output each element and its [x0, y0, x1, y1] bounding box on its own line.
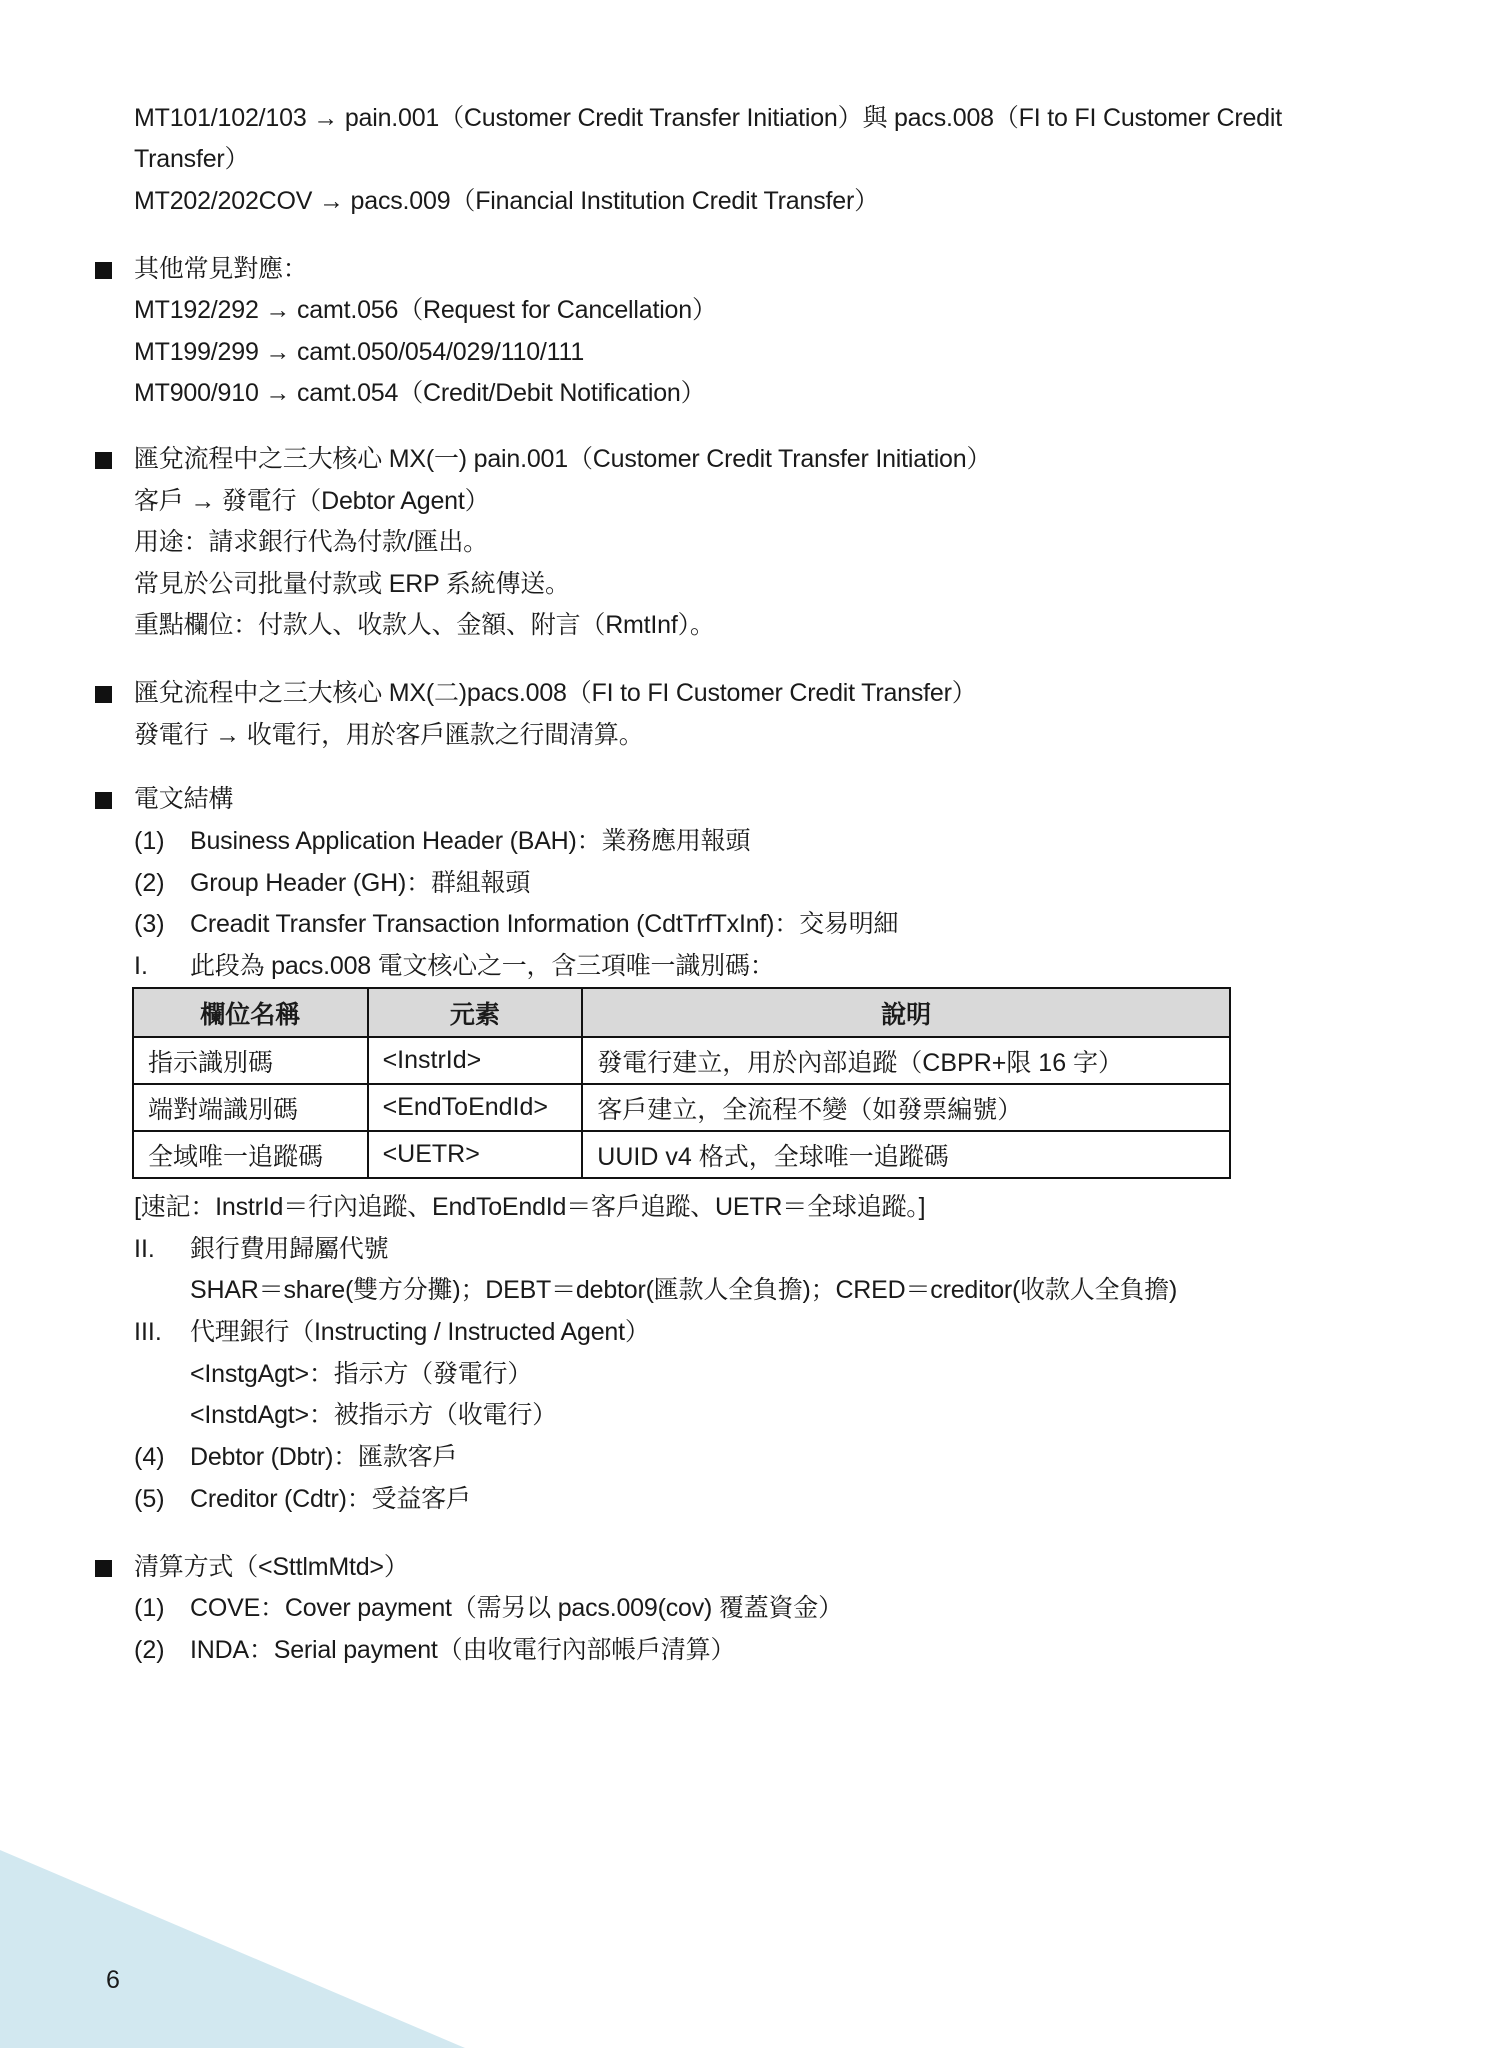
settlement-item-inda: INDA：Serial payment（由收電行內部帳戶清算）	[190, 1635, 735, 1665]
roman-numeral-i: I.	[134, 951, 148, 981]
mapping-line-mt101: MT101/102/103 → pain.001（Customer Credit…	[134, 103, 1282, 133]
section-title-other-mappings: 其他常見對應：	[134, 254, 308, 284]
header-description: 說明	[582, 988, 1230, 1037]
item-number: (2)	[134, 1635, 165, 1665]
identifier-table: 欄位名稱 元素 說明 指示識別碼 <InstrId> 發電行建立，用於內部追蹤（…	[132, 987, 1231, 1179]
structure-item-debtor: Debtor (Dbtr)：匯款客戶	[190, 1442, 457, 1472]
bullet-square-icon	[95, 452, 112, 469]
body-line: 常見於公司批量付款或 ERP 系統傳送。	[134, 569, 570, 599]
header-element: 元素	[368, 988, 583, 1037]
section-title-pain001: 匯兌流程中之三大核心 MX(一) pain.001（Customer Credi…	[134, 444, 991, 474]
settlement-item-cove: COVE：Cover payment（需另以 pacs.009(cov) 覆蓋資…	[190, 1593, 843, 1623]
cell-field-name: 指示識別碼	[133, 1037, 368, 1084]
item-number: (1)	[134, 1593, 165, 1623]
structure-item-bah: Business Application Header (BAH)：業務應用報頭	[190, 826, 750, 856]
bullet-square-icon	[95, 262, 112, 279]
cell-description: 客戶建立，全流程不變（如發票編號）	[582, 1084, 1230, 1131]
body-line: 重點欄位：付款人、收款人、金額、附言（RmtInf）。	[134, 610, 715, 640]
section-title-settlement-method: 清算方式（<SttlmMtd>）	[134, 1552, 409, 1582]
sub-iii-detail: <InstdAgt>：被指示方（收電行）	[190, 1400, 557, 1430]
item-number: (1)	[134, 826, 165, 856]
mapping-line: MT900/910 → camt.054（Credit/Debit Notifi…	[134, 378, 705, 408]
mapping-line-mt101-cont: Transfer）	[134, 144, 249, 174]
bullet-square-icon	[95, 1560, 112, 1577]
item-number: (5)	[134, 1484, 165, 1514]
sub-iii-title: 代理銀行（Instructing / Instructed Agent）	[190, 1317, 650, 1347]
roman-numeral-ii: II.	[134, 1234, 155, 1264]
body-line: 用途：請求銀行代為付款/匯出。	[134, 527, 488, 557]
cell-field-name: 全域唯一追蹤碼	[133, 1131, 368, 1178]
sub-ii-detail: SHAR＝share(雙方分攤)；DEBT＝debtor(匯款人全負擔)；CRE…	[190, 1275, 1177, 1305]
page-number: 6	[106, 1966, 120, 1995]
body-line: 發電行 → 收電行，用於客戶匯款之行間清算。	[134, 720, 644, 750]
cell-description: UUID v4 格式，全球唯一追蹤碼	[582, 1131, 1230, 1178]
cell-field-name: 端對端識別碼	[133, 1084, 368, 1131]
sub-ii-title: 銀行費用歸屬代號	[190, 1234, 388, 1264]
roman-numeral-iii: III.	[134, 1317, 162, 1347]
table-row: 端對端識別碼 <EndToEndId> 客戶建立，全流程不變（如發票編號）	[133, 1084, 1230, 1131]
section-title-message-structure: 電文結構	[134, 784, 233, 814]
cell-element: <InstrId>	[368, 1037, 583, 1084]
structure-item-creditor: Creditor (Cdtr)：受益客戶	[190, 1484, 471, 1514]
cell-element: <UETR>	[368, 1131, 583, 1178]
section-title-pacs008: 匯兌流程中之三大核心 MX(二)pacs.008（FI to FI Custom…	[134, 678, 977, 708]
item-number: (2)	[134, 868, 165, 898]
bullet-square-icon	[95, 686, 112, 703]
header-field-name: 欄位名稱	[133, 988, 368, 1037]
table-row: 全域唯一追蹤碼 <UETR> UUID v4 格式，全球唯一追蹤碼	[133, 1131, 1230, 1178]
mapping-line-mt202: MT202/202COV → pacs.009（Financial Instit…	[134, 186, 879, 216]
table-header-row: 欄位名稱 元素 說明	[133, 988, 1230, 1037]
item-number: (4)	[134, 1442, 165, 1472]
cell-element: <EndToEndId>	[368, 1084, 583, 1131]
body-line: 客戶 → 發電行（Debtor Agent）	[134, 486, 489, 516]
structure-item-cdttrftxinf: Creadit Transfer Transaction Information…	[190, 909, 898, 939]
bullet-square-icon	[95, 792, 112, 809]
mapping-line: MT199/299 → camt.050/054/029/110/111	[134, 337, 584, 367]
structure-item-gh: Group Header (GH)：群組報頭	[190, 868, 530, 898]
table-row: 指示識別碼 <InstrId> 發電行建立，用於內部追蹤（CBPR+限 16 字…	[133, 1037, 1230, 1084]
mapping-line: MT192/292 → camt.056（Request for Cancell…	[134, 295, 717, 325]
item-number: (3)	[134, 909, 165, 939]
memo-note: [速記：InstrId＝行內追蹤、EndToEndId＝客戶追蹤、UETR＝全球…	[134, 1192, 925, 1222]
sub-i-text: 此段為 pacs.008 電文核心之一，含三項唯一識別碼：	[190, 951, 775, 981]
sub-iii-detail: <InstgAgt>：指示方（發電行）	[190, 1359, 532, 1389]
cell-description: 發電行建立，用於內部追蹤（CBPR+限 16 字）	[582, 1037, 1230, 1084]
